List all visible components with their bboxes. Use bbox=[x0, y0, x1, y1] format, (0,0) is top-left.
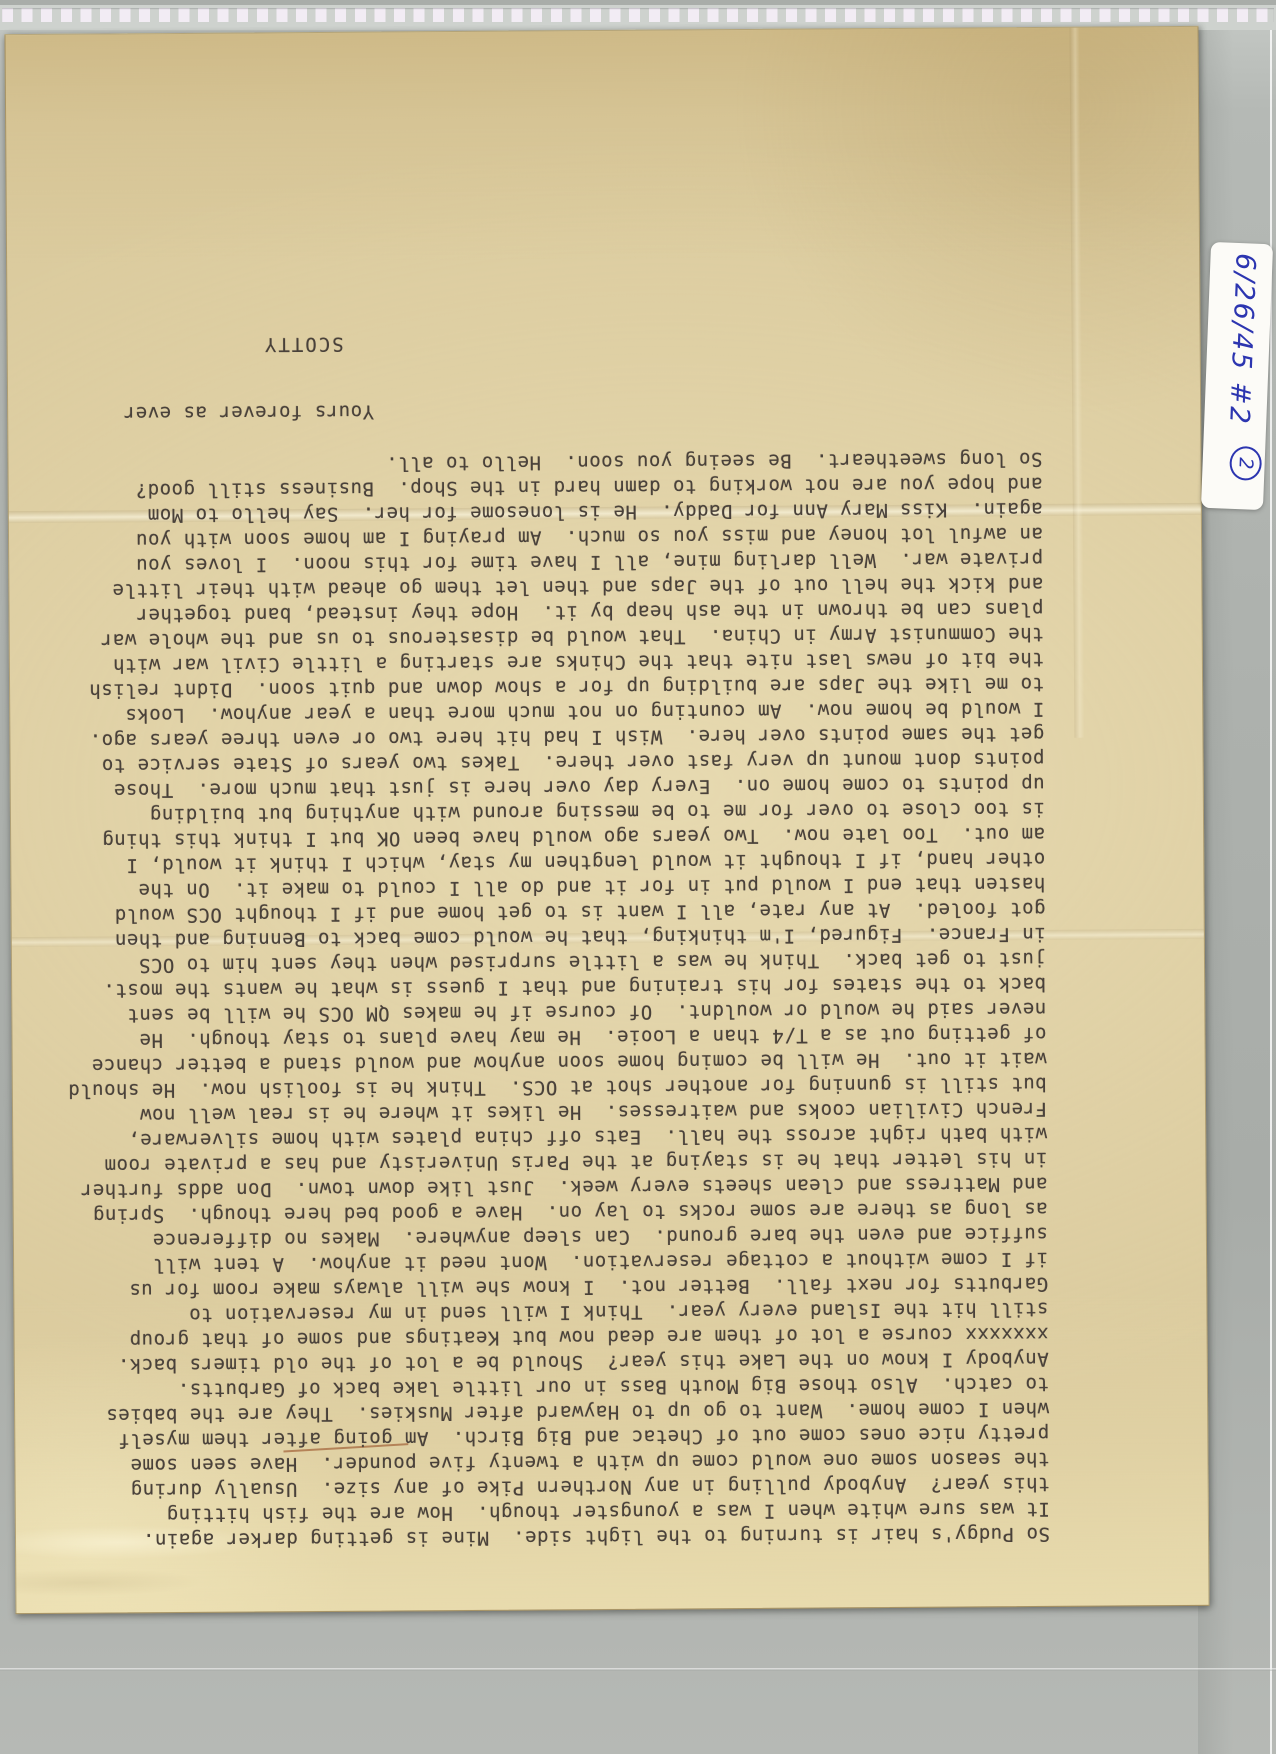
archival-label: 6/26/45 #2 2 bbox=[1201, 242, 1273, 510]
letter-text-upside-down: So Pudgy's hair is turning to the light … bbox=[42, 325, 1050, 1553]
label-circled-number: 2 bbox=[1229, 446, 1262, 481]
paper-crease-vertical bbox=[1069, 28, 1084, 738]
scan-background: So Pudgy's hair is turning to the light … bbox=[0, 0, 1276, 1754]
letter-paper: So Pudgy's hair is turning to the light … bbox=[4, 26, 1209, 1614]
sleeve-bottom-seam bbox=[0, 1668, 1276, 1671]
letter-body: So Pudgy's hair is turning to the light … bbox=[42, 446, 1050, 1553]
letter-closing: Yours forever as ever bbox=[42, 399, 374, 426]
letter-signature: SCOTTY bbox=[42, 331, 344, 358]
binder-holes-strip bbox=[0, 0, 1276, 30]
